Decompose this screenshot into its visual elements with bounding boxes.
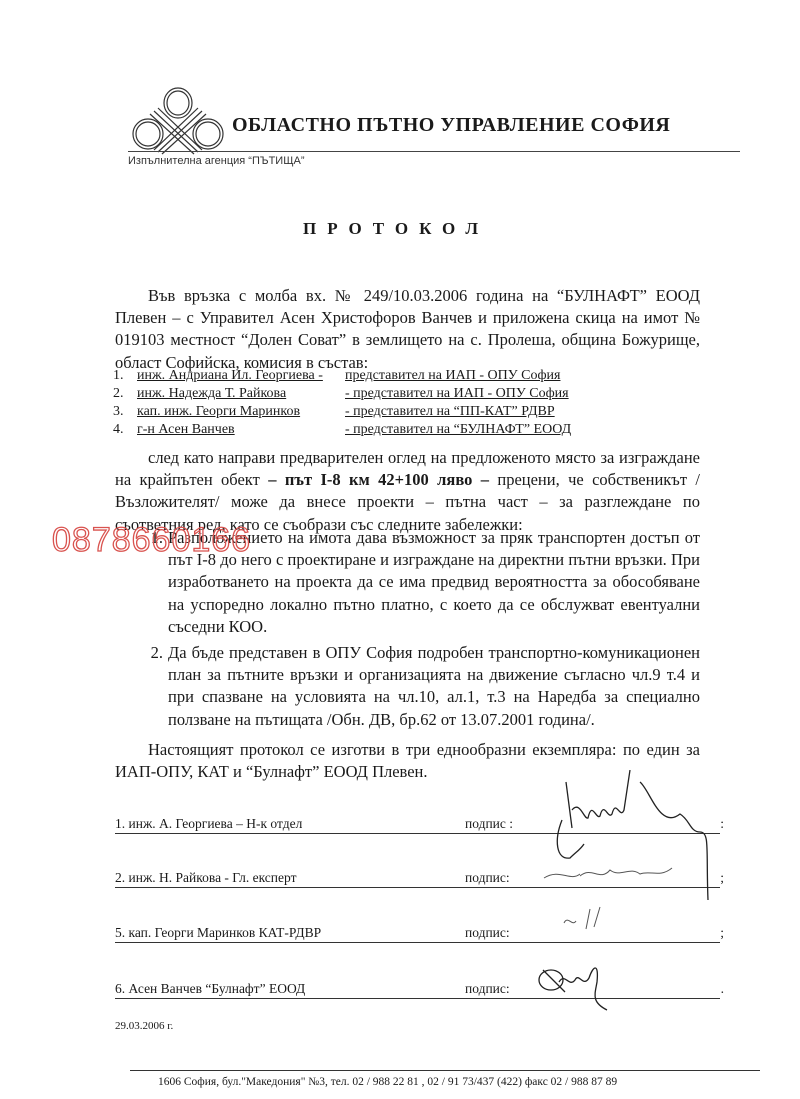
signatory: 1. инж. А. Георгиева – Н-к отдел (115, 816, 302, 832)
document-title: ПРОТОКОЛ (303, 219, 489, 239)
member-role: - представител на ИАП - ОПУ София (337, 385, 569, 403)
footer-address: 1606 София, бул."Македония" №3, тел. 02 … (158, 1076, 617, 1088)
agency-subtitle: Изпълнителна агенция “ПЪТИЩА” (128, 155, 305, 167)
handwritten-signature-icon (560, 905, 620, 935)
signature-label: подпис: (465, 981, 510, 997)
road-location: – път І-8 км 42+100 ляво – (268, 470, 489, 489)
footer-divider (130, 1070, 760, 1071)
commission-member: 4. г-н Асен Ванчев - представител на “БУ… (113, 421, 673, 439)
commission-member: 2. инж. Надежда Т. Райкова - представите… (113, 385, 673, 403)
member-role: представител на ИАП - ОПУ София (337, 367, 560, 385)
phone-watermark: 0878660166 (52, 521, 251, 560)
member-number: 1. (113, 367, 137, 385)
header-divider (128, 151, 740, 152)
member-role: - представител на “ПП-КАТ” РДВР (337, 403, 555, 421)
signature-row: 6. Асен Ванчев “Булнафт” ЕООД подпис: . (115, 978, 720, 999)
agency-logo (128, 86, 228, 158)
signatory: 6. Асен Ванчев “Булнафт” ЕООД (115, 981, 305, 997)
member-name: г-н Асен Ванчев (137, 421, 337, 439)
member-number: 3. (113, 403, 137, 421)
commission-member: 3. кап. инж. Георги Маринков - представи… (113, 403, 673, 421)
commission-member: 1. инж. Андриана Ил. Георгиева - предста… (113, 367, 673, 385)
member-number: 4. (113, 421, 137, 439)
commission-list: 1. инж. Андриана Ил. Георгиева - предста… (113, 367, 673, 439)
intro-paragraph: Във връзка с молба вх. № 249/10.03.2006 … (115, 285, 700, 374)
signature-end: . (721, 981, 724, 997)
member-name: инж. Надежда Т. Райкова (137, 385, 337, 403)
remark-item: 2. Да бъде представен в ОПУ София подроб… (115, 642, 700, 731)
signatory: 5. кап. Георги Маринков КАТ-РДВР (115, 925, 321, 941)
member-number: 2. (113, 385, 137, 403)
organization-title: ОБЛАСТНО ПЪТНО УПРАВЛЕНИЕ СОФИЯ (232, 114, 670, 137)
handwritten-signature-icon (535, 952, 625, 1012)
remark-number: 2. (115, 642, 168, 731)
member-name: инж. Андриана Ил. Георгиева - (137, 367, 337, 385)
signatory: 2. инж. Н. Райкова - Гл. експерт (115, 870, 296, 886)
signature-label: подпис : (465, 816, 513, 832)
member-name: кап. инж. Георги Маринков (137, 403, 337, 421)
signature-label: подпис: (465, 925, 510, 941)
knot-logo-icon (128, 86, 228, 158)
remark-text: Да бъде представен в ОПУ София подробен … (168, 642, 700, 731)
signature-label: подпис: (465, 870, 510, 886)
document-date: 29.03.2006 г. (115, 1020, 173, 1032)
member-role: - представител на “БУЛНАФТ” ЕООД (337, 421, 571, 439)
